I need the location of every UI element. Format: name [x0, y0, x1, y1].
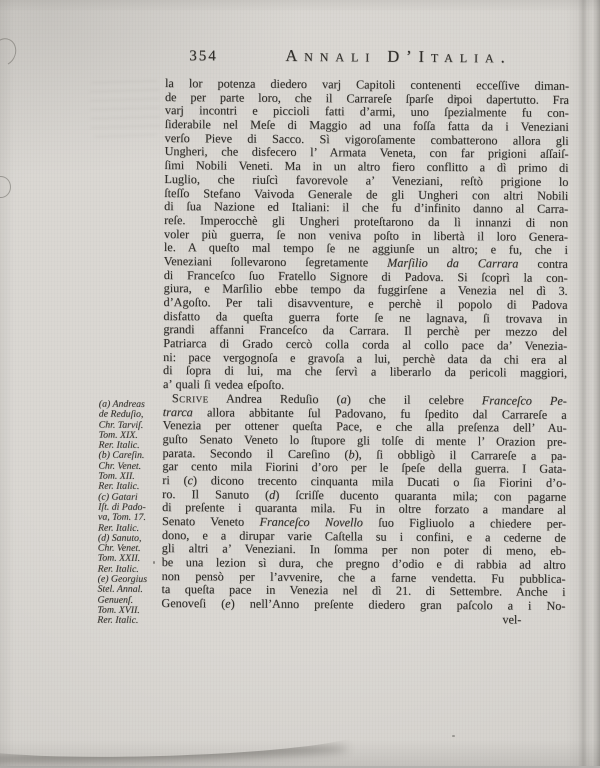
- margin-note: (c) GatariIſt. di Pado-va, Tom. 17.Rer. …: [98, 492, 164, 534]
- margin-note: (a) Andreasde Reduſio,Chr. Tarviſ.Tom. X…: [98, 400, 164, 452]
- text-line: Genoveſi (e) nell’Anno preſente diedero …: [161, 597, 565, 614]
- margin-note: (e) GeorgiusStel. Annal.Genuenſ.Tom. XVI…: [97, 575, 163, 627]
- running-title: Annali D’Italia.: [218, 45, 570, 67]
- main-text-lines: la lor potenza diedero varj Capitoli con…: [161, 77, 569, 614]
- catchword: vel-: [502, 612, 521, 626]
- show-through-smudge: [89, 78, 161, 138]
- margin-note: (b) Careſin.Chr. Venet.Tom. XII.Rer. Ita…: [98, 451, 164, 493]
- scanned-content: 354 Annali D’Italia. (a) Andreasde Reduſ…: [0, 0, 600, 766]
- margin-note: (d) Sanuto,Chr. Venet.Tom. XXII.Rer. Ita…: [98, 533, 164, 575]
- ink-speck: [452, 735, 455, 737]
- page-number: 354: [165, 48, 218, 65]
- margin-notes: (a) Andreasde Reduſio,Chr. Tarviſ.Tom. X…: [97, 400, 165, 627]
- catchword-line: vel-: [161, 611, 565, 628]
- margin-note-line: Rer. Italic.: [97, 616, 163, 627]
- page-header: 354 Annali D’Italia.: [165, 45, 569, 68]
- ink-speck: [455, 97, 458, 100]
- book-page: 354 Annali D’Italia. (a) Andreasde Reduſ…: [0, 0, 600, 766]
- ink-speck: [153, 561, 155, 564]
- main-text: la lor potenza diedero varj Capitoli con…: [161, 77, 569, 627]
